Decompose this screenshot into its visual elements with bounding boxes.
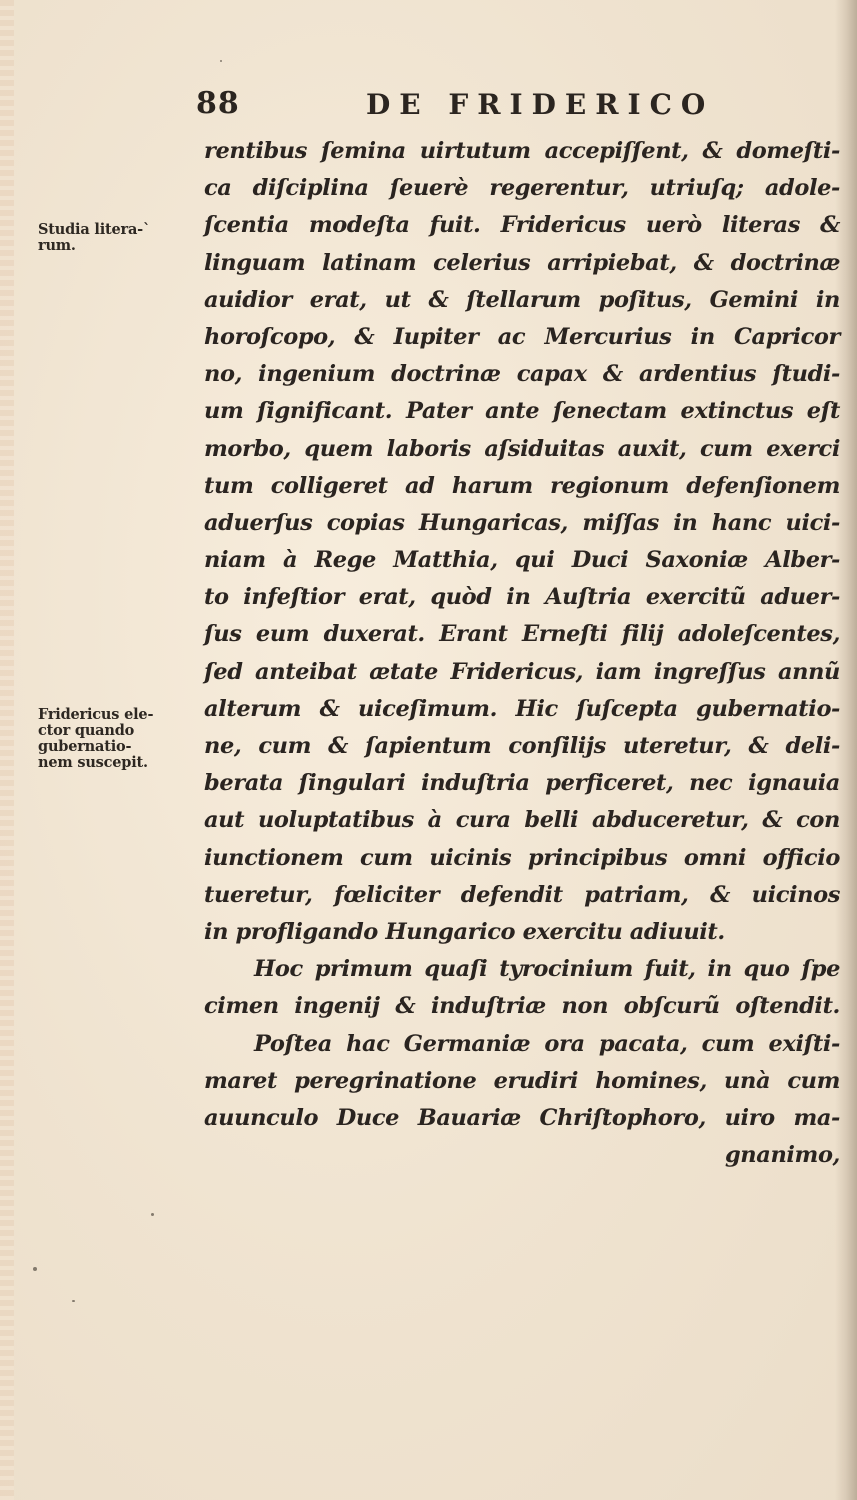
main-text-block: rentibus ſemina uirtutum accepiſſent, & … (204, 133, 840, 1174)
text-line: ſed anteibat ætate Fridericus, iam ingre… (204, 654, 840, 691)
text-line: to infeſtior erat, quòd in Auſtria exerc… (204, 579, 840, 616)
text-line: ſus eum duxerat. Erant Erneſti filij ado… (204, 616, 840, 653)
running-head: DE FRIDERICO (366, 88, 714, 121)
text-line: in profligando Hungarico exercitu adiuui… (204, 914, 840, 951)
text-line: iunctionem cum uicinis principibus omni … (204, 840, 840, 877)
marginal-note-line: gubernatio- (38, 739, 153, 755)
marginal-note-line: rum. (38, 238, 150, 254)
text-line: no, ingenium doctrinæ capax & ardentius … (204, 356, 840, 393)
paragraph-start-line: Hoc primum quaſi tyrocinium fuit, in quo… (204, 951, 840, 988)
text-line: linguam latinam celerius arripiebat, & d… (204, 245, 840, 282)
text-line: ſcentia modeſta fuit. Fridericus uerò li… (204, 207, 840, 244)
ink-speck (151, 1213, 154, 1216)
text-line: morbo, quem laboris aſsiduitas auxit, cu… (204, 431, 840, 468)
text-line: horoſcopo, & Iupiter ac Mercurius in Cap… (204, 319, 840, 356)
text-line: aduerſus copias Hungaricas, miſſas in ha… (204, 505, 840, 542)
text-line: cimen ingenij & induſtriæ non obſcurũ oſ… (204, 988, 840, 1025)
ink-speck (33, 1267, 37, 1271)
paragraph-start-line: Poſtea hac Germaniæ ora pacata, cum exiſ… (204, 1026, 840, 1063)
ink-speck (220, 60, 222, 62)
text-line: rentibus ſemina uirtutum accepiſſent, & … (204, 133, 840, 170)
marginal-note-line: nem suscepit. (38, 755, 153, 771)
marginal-note-line: Studia litera-` (38, 222, 150, 238)
text-line: niam à Rege Matthia, qui Duci Saxoniæ Al… (204, 542, 840, 579)
text-line: berata ſingulari induſtria perficeret, n… (204, 765, 840, 802)
text-line: aut uoluptatibus à cura belli abduceretu… (204, 802, 840, 839)
page-number: 88 (196, 86, 240, 121)
text-line: auidior erat, ut & ſtellarum poſitus, Ge… (204, 282, 840, 319)
text-line: tueretur, fœliciter defendit patriam, & … (204, 877, 840, 914)
text-line: auunculo Duce Bauariæ Chriſtophoro, uiro… (204, 1100, 840, 1137)
marginal-note-studia: Studia litera-` rum. (38, 222, 150, 254)
marginal-note-line: ctor quando (38, 723, 153, 739)
text-line: ne, cum & ſapientum conſilijs uteretur, … (204, 728, 840, 765)
ink-speck (72, 1300, 75, 1302)
text-line: um ſignificant. Pater ante ſenectam exti… (204, 393, 840, 430)
book-page: 88 DE FRIDERICO Studia litera-` rum. Fri… (0, 0, 857, 1500)
text-line: ca diſciplina ſeuerè regerentur, utriuſq… (204, 170, 840, 207)
page-left-edge (0, 0, 14, 1500)
catchword: gnanimo, (204, 1137, 840, 1174)
page-header: 88 DE FRIDERICO (196, 86, 756, 130)
marginal-note-line: Fridericus ele- (38, 707, 153, 723)
text-line: alterum & uiceſimum. Hic ſuſcepta gubern… (204, 691, 840, 728)
text-line: tum colligeret ad harum regionum defenſi… (204, 468, 840, 505)
text-line: maret peregrinatione erudiri homines, un… (204, 1063, 840, 1100)
marginal-note-fridericus: Fridericus ele- ctor quando gubernatio- … (38, 707, 153, 771)
